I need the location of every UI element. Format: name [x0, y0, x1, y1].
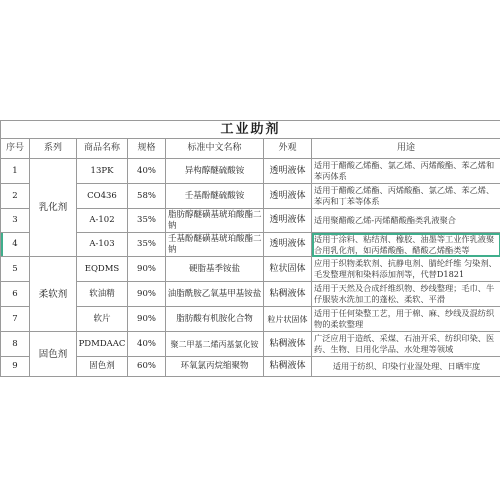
cell-chem-name[interactable]: 异构醇醚硫酸铵	[166, 159, 264, 184]
cell-appearance[interactable]: 粘稠液体	[264, 357, 312, 377]
cell-usage[interactable]: 适用聚醋酸乙烯-丙烯醋酸酯类乳液聚合	[312, 209, 500, 233]
cell-usage[interactable]: 适用于天然及合成纤维织物、纱线整理；毛巾、牛仔服装水洗加工的蓬松、柔软、平滑	[312, 282, 500, 307]
cell-spec[interactable]: 90%	[128, 307, 166, 332]
cell-product[interactable]: CO436	[77, 184, 128, 209]
cell-no[interactable]: 1	[1, 159, 30, 184]
cell-no[interactable]: 7	[1, 307, 30, 332]
header-spec[interactable]: 规格	[128, 139, 166, 159]
cell-product[interactable]: 软油精	[77, 282, 128, 307]
cell-spec[interactable]: 35%	[128, 233, 166, 257]
cell-spec[interactable]: 90%	[128, 257, 166, 282]
header-usage[interactable]: 用途	[312, 139, 500, 159]
cell-spec[interactable]: 35%	[128, 209, 166, 233]
cell-product[interactable]: 固色剂	[77, 357, 128, 377]
cell-usage[interactable]: 适用于纺织、印染行业湿处理、日晒牢度	[312, 357, 500, 377]
cell-usage[interactable]: 适用于醋酸乙烯酯、丙烯酸酯、氯乙烯、苯乙烯、苯丙和丁苯等体系	[312, 184, 500, 209]
cell-no[interactable]: 5	[1, 257, 30, 282]
cell-no[interactable]: 2	[1, 184, 30, 209]
cell-spec[interactable]: 40%	[128, 332, 166, 357]
table-row: 1 乳化剂 13PK 40% 异构醇醚硫酸铵 透明液体 适用于醋酸乙烯酯、氯乙烯…	[1, 159, 500, 184]
table-title[interactable]: 工业助剂	[1, 121, 500, 139]
cell-product[interactable]: A-103	[77, 233, 128, 257]
cell-usage[interactable]: 适用于醋酸乙烯酯、氯乙烯、丙烯酸酯、苯乙烯和苯丙体系	[312, 159, 500, 184]
cell-usage[interactable]: 广泛应用于造纸、采煤、石油开采、纺织印染、医药、生物、日用化学品、水处理等领域	[312, 332, 500, 357]
cell-product[interactable]: 13PK	[77, 159, 128, 184]
cell-usage-selected[interactable]: 适用于涂料、粘结剂、橡胶、油墨等工业作乳液聚合用乳化剂，如丙烯酸酯、醋酸乙烯酯类…	[312, 233, 500, 257]
cell-appearance[interactable]: 透明液体	[264, 209, 312, 233]
cell-appearance[interactable]: 透明液体	[264, 184, 312, 209]
cell-product[interactable]: PDMDAAC	[77, 332, 128, 357]
cell-chem-name[interactable]: 壬基酚醚磺基琥珀酸酯二钠	[166, 233, 264, 257]
cell-no[interactable]: 3	[1, 209, 30, 233]
cell-product[interactable]: EQDMS	[77, 257, 128, 282]
cell-usage[interactable]: 适用于任何染整工艺，用于棉、麻、纱线及混纺织物的柔软整理	[312, 307, 500, 332]
cell-chem-name[interactable]: 油脂酰胺乙氧基甲基铵盐	[166, 282, 264, 307]
cell-chem-name[interactable]: 硬脂基季铵盐	[166, 257, 264, 282]
cell-series-softener[interactable]: 柔软剂	[30, 257, 77, 332]
cell-product[interactable]: 软片	[77, 307, 128, 332]
cell-appearance[interactable]: 透明液体	[264, 159, 312, 184]
cell-product[interactable]: A-102	[77, 209, 128, 233]
cell-no[interactable]: 8	[1, 332, 30, 357]
cell-appearance[interactable]: 粒状固体	[264, 257, 312, 282]
cell-chem-name[interactable]: 环氧氯丙烷缩聚物	[166, 357, 264, 377]
cell-no[interactable]: 6	[1, 282, 30, 307]
cell-appearance[interactable]: 粒片状固体	[264, 307, 312, 332]
cell-appearance[interactable]: 透明液体	[264, 233, 312, 257]
cell-appearance[interactable]: 粘稠液体	[264, 332, 312, 357]
cell-series-emulsifier[interactable]: 乳化剂	[30, 159, 77, 257]
cell-spec[interactable]: 60%	[128, 357, 166, 377]
cell-spec[interactable]: 58%	[128, 184, 166, 209]
cell-no[interactable]: 9	[1, 357, 30, 377]
header-product-name[interactable]: 商品名称	[77, 139, 128, 159]
cell-series-color-fixer[interactable]: 固色剂	[30, 332, 77, 377]
cell-appearance[interactable]: 粘稠液体	[264, 282, 312, 307]
cell-no[interactable]: 4	[1, 233, 30, 257]
table-row: 8 固色剂 PDMDAAC 40% 聚二甲基二烯丙基氯化铵 粘稠液体 广泛应用于…	[1, 332, 500, 357]
cell-chem-name[interactable]: 聚二甲基二烯丙基氯化铵	[166, 332, 264, 357]
header-no[interactable]: 序号	[1, 139, 30, 159]
cell-chem-name[interactable]: 壬基酚醚硫酸铵	[166, 184, 264, 209]
cell-usage[interactable]: 应用于织物柔软剂、抗静电剂、腈纶纤维 匀染剂、毛发整理剂和染料添加剂等，代替D1…	[312, 257, 500, 282]
header-appearance[interactable]: 外观	[264, 139, 312, 159]
cell-spec[interactable]: 90%	[128, 282, 166, 307]
cell-chem-name[interactable]: 脂肪醇醚磺基琥珀酸酯二钠	[166, 209, 264, 233]
header-chinese-name[interactable]: 标准中文名称	[166, 139, 264, 159]
cell-spec[interactable]: 40%	[128, 159, 166, 184]
industrial-additives-table: 工业助剂 序号 系列 商品名称 规格 标准中文名称 外观 用途 1 乳化剂 13…	[0, 120, 500, 377]
cell-chem-name[interactable]: 脂肪酸有机胺化合物	[166, 307, 264, 332]
table-row: 5 柔软剂 EQDMS 90% 硬脂基季铵盐 粒状固体 应用于织物柔软剂、抗静电…	[1, 257, 500, 282]
header-series[interactable]: 系列	[30, 139, 77, 159]
